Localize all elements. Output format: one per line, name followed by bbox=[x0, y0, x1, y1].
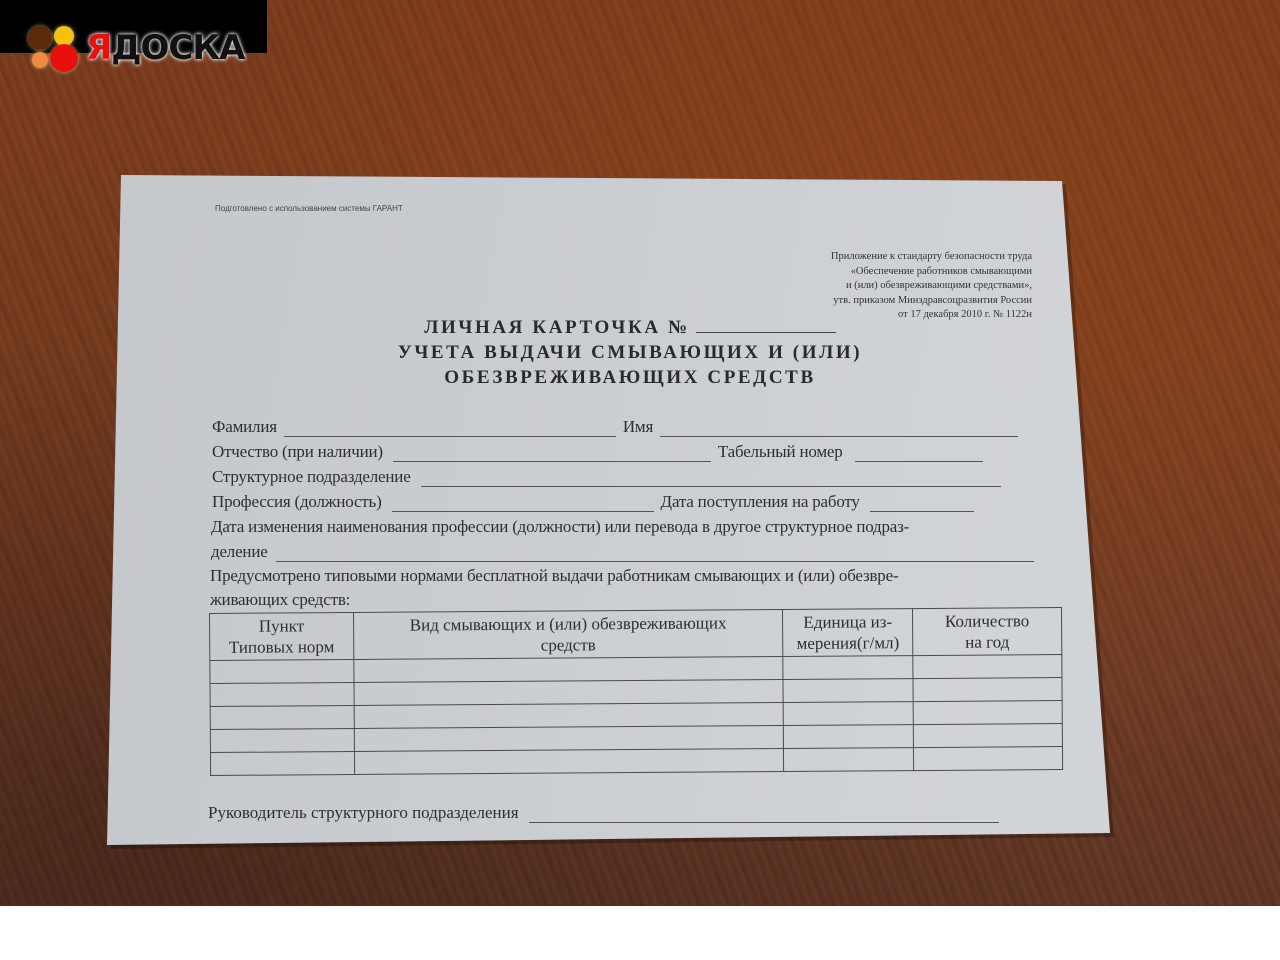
table-header-row: ПунктТиповых норм Вид смывающих и (или) … bbox=[210, 608, 1062, 661]
row-profession: Профессия (должность) Дата поступления н… bbox=[212, 492, 981, 512]
table-cell[interactable] bbox=[783, 702, 913, 726]
header-agent-type: Вид смывающих и (или) обезвреживающихсре… bbox=[353, 609, 783, 659]
change-paragraph-line1: Дата изменения наименования профессии (д… bbox=[211, 517, 909, 537]
table-cell[interactable] bbox=[210, 659, 354, 683]
logo-dot-red-icon bbox=[50, 44, 78, 72]
table-cell[interactable] bbox=[783, 656, 913, 680]
table-cell[interactable] bbox=[913, 724, 1062, 748]
row-department: Структурное подразделение bbox=[212, 467, 1008, 487]
table-cell[interactable] bbox=[784, 725, 914, 749]
row-patronymic: Отчество (при наличии) Табельный номер bbox=[212, 442, 990, 462]
patronymic-field[interactable] bbox=[393, 447, 711, 462]
department-field[interactable] bbox=[421, 472, 1001, 487]
table-cell[interactable] bbox=[784, 748, 914, 772]
table-cell[interactable] bbox=[210, 682, 354, 706]
table-cell[interactable] bbox=[913, 678, 1062, 702]
table-cell[interactable] bbox=[354, 748, 784, 774]
row-signature: Руководитель структурного подразделения bbox=[208, 803, 1006, 823]
table-cell[interactable] bbox=[354, 679, 784, 705]
signature-field[interactable] bbox=[529, 808, 999, 823]
table-cell[interactable] bbox=[210, 728, 354, 752]
table-cell[interactable] bbox=[210, 705, 354, 729]
row-surname-name: Фамилия Имя bbox=[212, 417, 1025, 437]
table-cell[interactable] bbox=[354, 702, 784, 728]
table-cell[interactable] bbox=[354, 656, 784, 682]
logo-text: ЯДОСКА bbox=[86, 28, 244, 68]
header-unit: Единица из-мерения(г/мл) bbox=[783, 609, 913, 657]
profession-field[interactable] bbox=[392, 497, 654, 512]
norms-table: ПунктТиповых норм Вид смывающих и (или) … bbox=[209, 607, 1063, 776]
surname-field[interactable] bbox=[284, 422, 616, 437]
prepared-note: Подготовлено с использованием системы ГА… bbox=[215, 204, 403, 213]
table-row bbox=[210, 747, 1062, 776]
card-number-field[interactable] bbox=[696, 316, 836, 333]
table-cell[interactable] bbox=[210, 751, 354, 775]
personnel-number-field[interactable] bbox=[855, 447, 983, 462]
table-cell[interactable] bbox=[354, 725, 784, 751]
norms-paragraph-line1: Предусмотрено типовыми нормами бесплатно… bbox=[210, 566, 898, 586]
header-quantity-per-year: Количествона год bbox=[913, 608, 1062, 656]
row-change-date: деление bbox=[211, 542, 1041, 562]
header-norm-item: ПунктТиповых норм bbox=[210, 612, 354, 660]
table-cell[interactable] bbox=[783, 679, 913, 703]
appendix-note: Приложение к стандарту безопасности труд… bbox=[760, 250, 1032, 323]
norms-paragraph-line2: живающих средств: bbox=[210, 590, 350, 610]
name-field[interactable] bbox=[660, 422, 1018, 437]
logo-dot-brown-icon bbox=[28, 26, 52, 50]
logo-dot-orange-icon bbox=[32, 52, 48, 68]
table-cell[interactable] bbox=[913, 655, 1062, 679]
logo-dot-yellow-icon bbox=[54, 26, 74, 46]
change-date-field[interactable] bbox=[276, 547, 1034, 562]
site-logo: ЯДОСКА bbox=[26, 24, 276, 74]
table-cell[interactable] bbox=[913, 701, 1062, 725]
table-cell[interactable] bbox=[914, 747, 1063, 771]
document-title: ЛИЧНАЯ КАРТОЧКА № УЧЕТА ВЫДАЧИ СМЫВАЮЩИХ… bbox=[320, 315, 940, 390]
hire-date-field[interactable] bbox=[870, 497, 974, 512]
